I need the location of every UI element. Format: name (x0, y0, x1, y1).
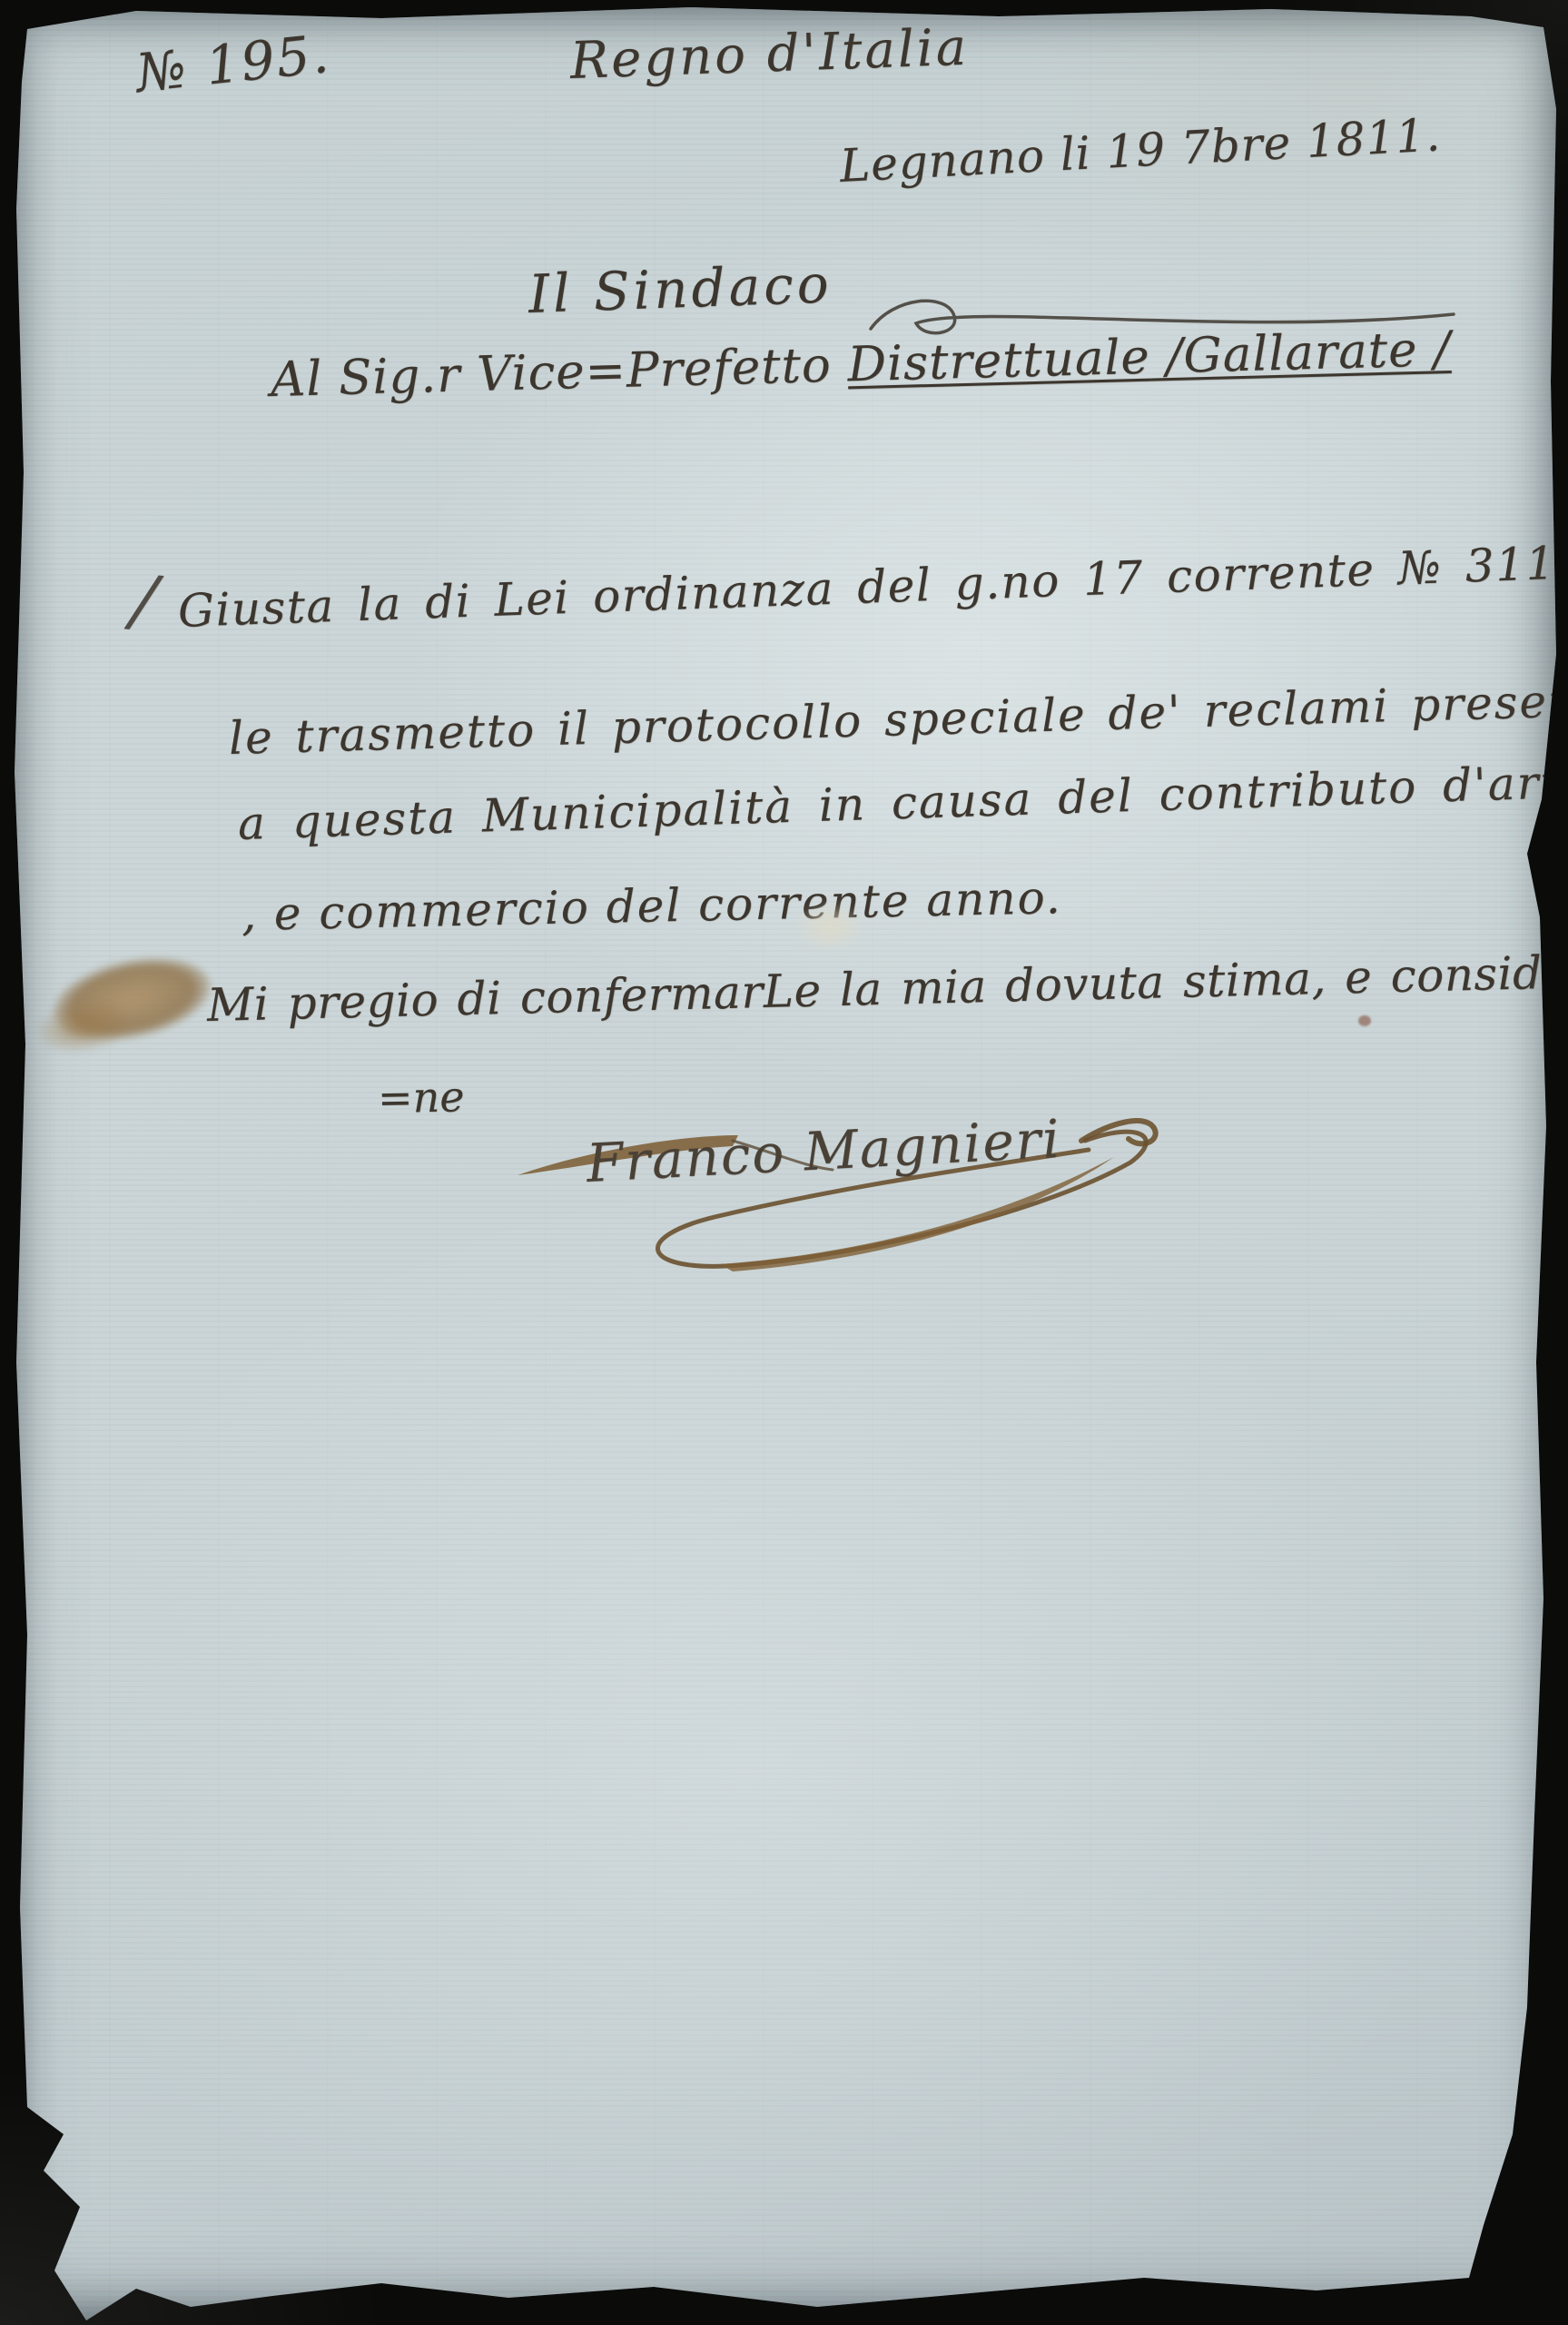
ink-smudge-large (46, 945, 218, 1054)
manuscript-paper: № 195. Regno d'Italia Legnano li 19 7bre… (0, 0, 1568, 2325)
closing-line: Mi pregio di confermarLe la mia dovuta s… (206, 945, 1568, 1028)
recipient-district: Distrettuale (847, 330, 1151, 393)
kingdom-heading: Regno d'Italia (569, 23, 970, 87)
body-line-1: Giusta la di Lei ordinanza del g.no 17 c… (177, 539, 1568, 634)
document-number: № 195. (133, 27, 332, 100)
scanned-letter-page: № 195. Regno d'Italia Legnano li 19 7bre… (0, 0, 1568, 2325)
ink-dot (1358, 1015, 1371, 1026)
closing-line-continuation: =ne (378, 1075, 465, 1119)
body-line-4: , e commercio del corrente anno. (241, 875, 1062, 937)
dateline: Legnano li 19 7bre 1811. (839, 112, 1442, 189)
recipient-place: ∕Gallarate ∕ (1149, 322, 1452, 385)
paragraph-mark: ∕ (129, 565, 159, 636)
recipient-line: Al Sig.r Vice=Prefetto Distrettuale ∕Gal… (270, 325, 1451, 404)
recipient-prefix: Al Sig.r Vice=Prefetto (270, 337, 848, 408)
body-line-3: a questa Municipalità in causa del contr… (237, 759, 1568, 846)
ink-smudge-small (34, 996, 134, 1058)
body-line-2: le trasmetto il protocollo speciale de' … (228, 676, 1568, 761)
sender-title: Il Sindaco (528, 257, 833, 321)
